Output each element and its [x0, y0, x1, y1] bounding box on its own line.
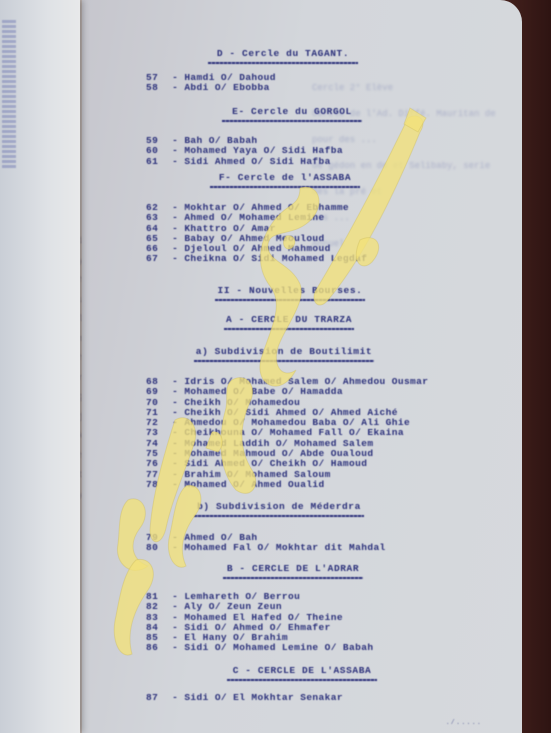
- heading-underline: [224, 328, 354, 330]
- entry-number: 78: [146, 480, 166, 490]
- section-heading-text: C - CERCLE DE L'ASSABA: [233, 665, 372, 676]
- section-heading-text: b) Subdivision de Méderdra: [197, 501, 361, 512]
- entry-list: 79 - Ahmed O/ Bah80 - Mohamed Fal O/ Mok…: [146, 533, 386, 554]
- entry-dash: -: [166, 82, 184, 93]
- bleed-line: dé gédon en de et Selibaby, serie: [312, 153, 496, 179]
- left-page-fold: [0, 0, 80, 733]
- entry-name: Mohamed Fal O/ Mokhtar dit Mahdal: [184, 542, 385, 553]
- list-item: 80 - Mohamed Fal O/ Mokhtar dit Mahdal: [146, 543, 386, 553]
- list-item: 87 - Sidi O/ El Mokhtar Senakar: [146, 693, 343, 703]
- photo-scene: AdmissionsAafyBaghdoraDjouzaneOualbicheO…: [0, 0, 551, 733]
- bleed-line: Cercle 2° Elève: [312, 75, 496, 101]
- entry-name: Sidi O/ Mohamed Lemine O/ Babah: [184, 642, 373, 653]
- list-item: 86 - Sidi O/ Mohamed Lemine O/ Babah: [146, 643, 373, 653]
- section-heading-text: B - CERCLE DE L'ADRAR: [227, 563, 359, 574]
- section-heading: B - CERCLE DE L'ADRAR: [223, 563, 363, 579]
- heading-underline: [208, 62, 358, 64]
- entry-list: 68 - Idris O/ Mohamed Salem O/ Ahmedou O…: [146, 377, 428, 490]
- heading-underline: [194, 515, 364, 517]
- section-heading: b) Subdivision de Méderdra: [194, 501, 364, 517]
- page-continuation-mark: ./.....: [446, 719, 482, 727]
- entry-list: 57 - Hamdi O/ Dahoud58 - Abdi O/ Ebobba: [146, 73, 276, 94]
- section-heading-text: A - CERCLE DU TRARZA: [226, 314, 352, 325]
- entry-number: 87: [146, 693, 166, 703]
- entry-number: 86: [146, 643, 166, 653]
- bleed-line: Annuel: [312, 231, 496, 257]
- entry-dash: -: [166, 253, 184, 264]
- entry-number: 58: [146, 83, 166, 93]
- heading-underline: [227, 679, 377, 681]
- bleed-through-text: Cercle 2° ElèveCercle de l'Ad. Diffé. Ma…: [312, 75, 496, 257]
- section-heading: a) Subdivision de Boutilimit: [194, 346, 374, 362]
- section-heading-text: II - Nouvelles Bourses.: [218, 285, 363, 296]
- entry-dash: -: [166, 542, 184, 553]
- heading-underline: [223, 577, 363, 579]
- entry-number: 61: [146, 157, 166, 167]
- entry-dash: -: [166, 479, 184, 490]
- entry-number: 67: [146, 254, 166, 264]
- section-heading: C - CERCLE DE L'ASSABA: [227, 665, 377, 681]
- list-item: 58 - Abdi O/ Ebobba: [146, 83, 276, 93]
- bleed-line: les ...: [312, 205, 496, 231]
- entry-number: 80: [146, 543, 166, 553]
- bleed-line: des la pré et: [312, 179, 496, 205]
- section-heading-text: D - Cercle du TAGANT.: [217, 48, 349, 59]
- section-heading: II - Nouvelles Bourses.: [215, 285, 365, 301]
- entry-name: Mohamed O/ Ahmed Oualid: [184, 479, 324, 490]
- heading-underline: [194, 360, 374, 362]
- entry-dash: -: [166, 156, 184, 167]
- spine-text-bleed: [2, 20, 16, 170]
- document-page: Cercle 2° ElèveCercle de l'Ad. Diffé. Ma…: [82, 0, 522, 733]
- entry-list: 87 - Sidi O/ El Mokhtar Senakar: [146, 693, 343, 703]
- section-heading: A - CERCLE DU TRARZA: [224, 314, 354, 330]
- bleed-line: Cercle de l'Ad. Diffé. Mauritan de: [312, 101, 496, 127]
- entry-dash: -: [166, 642, 184, 653]
- section-heading-text: a) Subdivision de Boutilimit: [196, 346, 372, 357]
- entry-name: Sidi Ahmed O/ Sidi Hafba: [184, 156, 330, 167]
- entry-dash: -: [166, 692, 184, 703]
- entry-list: 81 - Lemhareth O/ Berrou82 - Aly O/ Zeun…: [146, 592, 373, 654]
- list-item: 78 - Mohamed O/ Ahmed Oualid: [146, 480, 428, 490]
- entry-name: Abdi O/ Ebobba: [184, 82, 269, 93]
- bleed-line: pour des ...: [312, 127, 496, 153]
- entry-name: Sidi O/ El Mokhtar Senakar: [184, 692, 343, 703]
- section-heading: D - Cercle du TAGANT.: [208, 48, 358, 64]
- heading-underline: [215, 299, 365, 301]
